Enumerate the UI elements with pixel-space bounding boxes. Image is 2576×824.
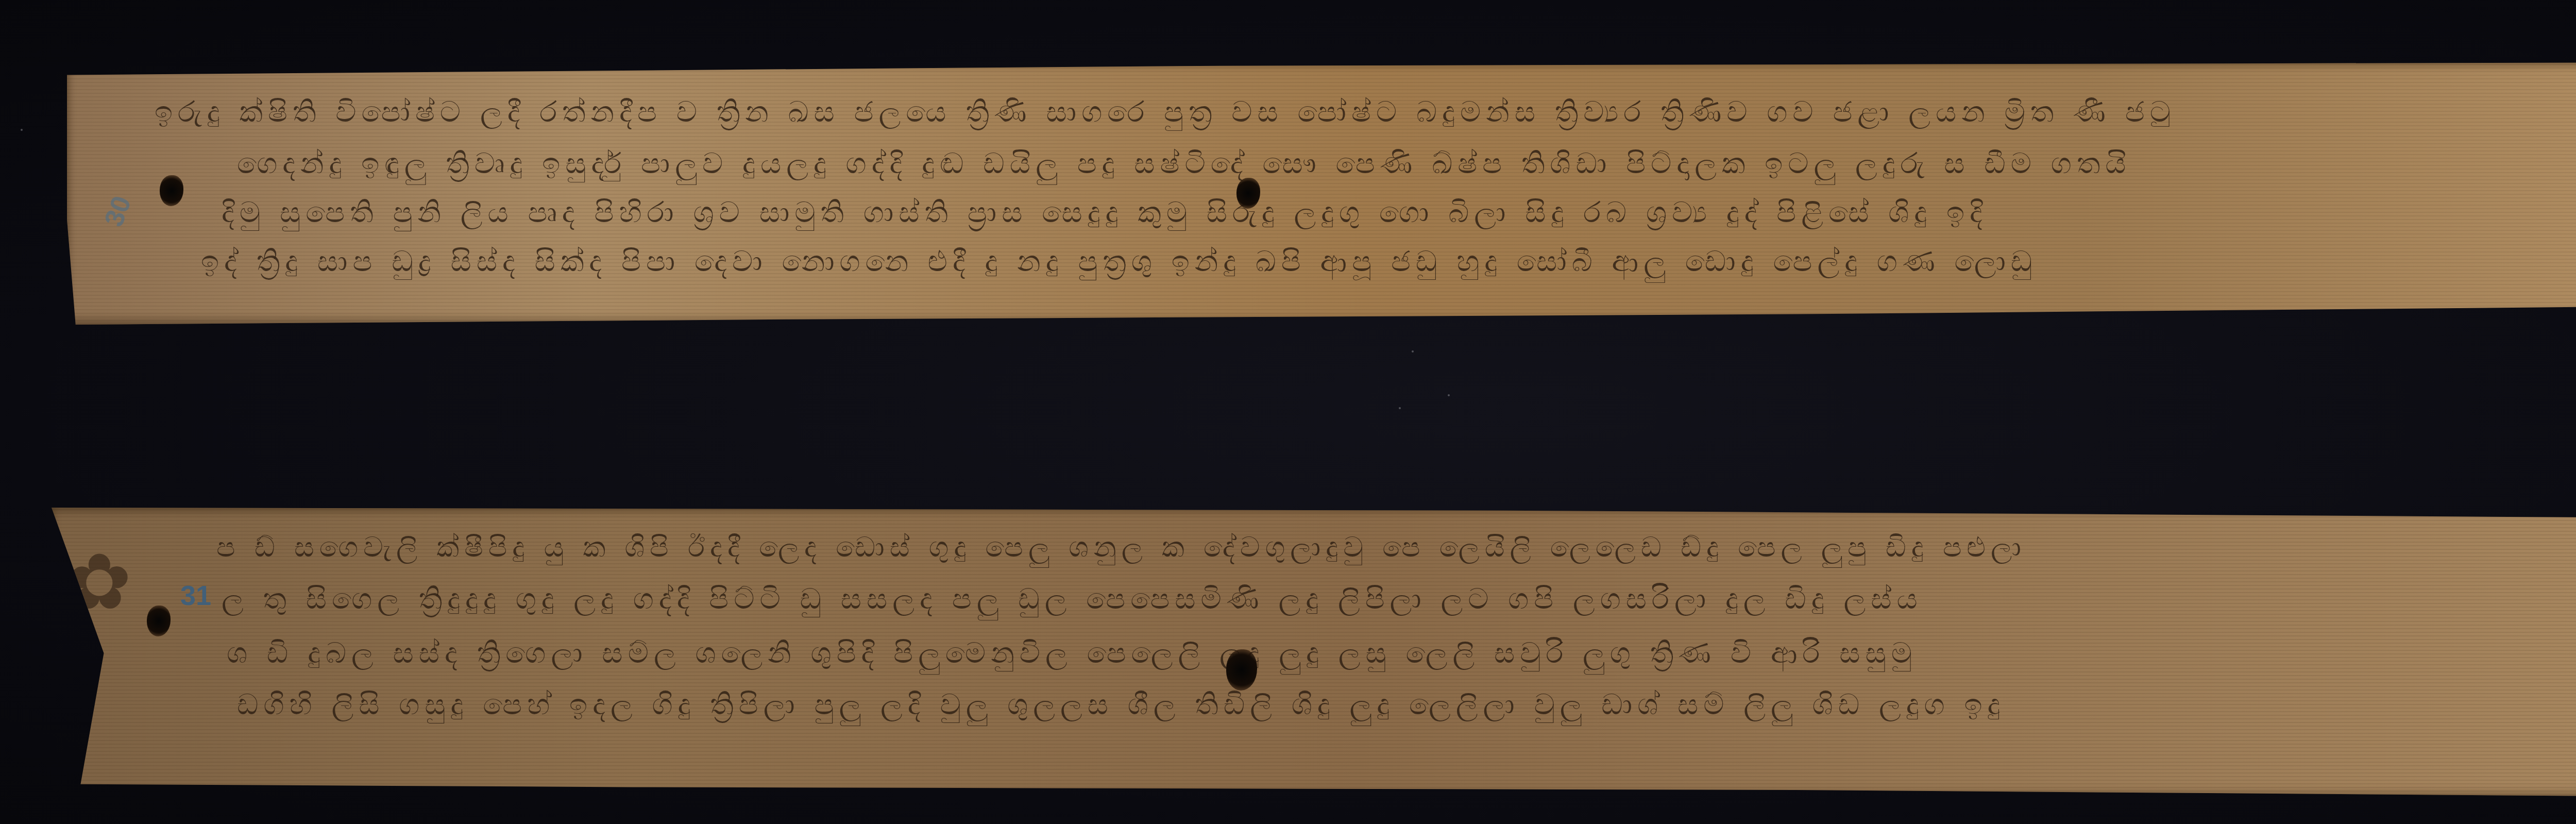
script-line: ල තු සිගෙල ත්‍රිදුදුදු ගුදු ලදු ගද්දි පි… [222,585,1923,614]
script-line: ඩගිහි ලිසි ගසුදු පෙහ් ඉදල ගිදු ත්‍රිපිලා… [237,691,2005,719]
palm-leaf-folio-top: ඉරුදු ක්ෂිති විපෝෂ්ට ලදී රත්නදීප ව ත්‍රි… [67,62,2576,325]
flower-motif-icon: ✿ [67,544,132,621]
palm-leaf-folio-bottom: ✿ ප ඩ් සගෙවැලි ක්ෂීපිදු යු ක ශිපි ඊදදී ල… [52,508,2576,799]
string-hole [160,175,183,206]
string-hole [1226,649,1257,691]
script-line: දිමු සුපෙති පුනි ලිය පෘද පිහිරා ශ්‍රව සා… [222,198,1988,227]
script-line: ශ ඩි දුබල සස්ද ත්‍රිගෙලා සම්ල ශලෙනි ශුපි… [227,639,1917,668]
dust-speck [1448,394,1450,396]
string-hole [147,606,171,636]
script-line: ප ඩ් සගෙවැලි ක්ෂීපිදු යු ක ශිපි ඊදදී ලෙද… [216,533,2026,561]
script-line: ඉද් ත්‍රිදු සාප ඩුද්‍ර සිස්ද සික්ද පිපා … [201,247,2037,276]
photo-scene: ඉරුදු ක්ෂිති විපෝෂ්ට ලදී රත්නදීප ව ත්‍රි… [0,0,2576,824]
dust-speck [1399,407,1401,409]
dust-speck [21,129,23,131]
dust-speck [1412,350,1414,352]
folio-number-left: 30 [98,192,138,231]
script-line: ගෙදන්දු ඉඳුලු ත්‍රිවෘදු ඉසුර්දු පාලුව දු… [237,149,2131,178]
folio-number-left: 31 [180,580,211,612]
script-line: ඉරුදු ක්ෂිති විපෝෂ්ට ලදී රත්නදීප ව ත්‍රි… [155,98,2176,127]
